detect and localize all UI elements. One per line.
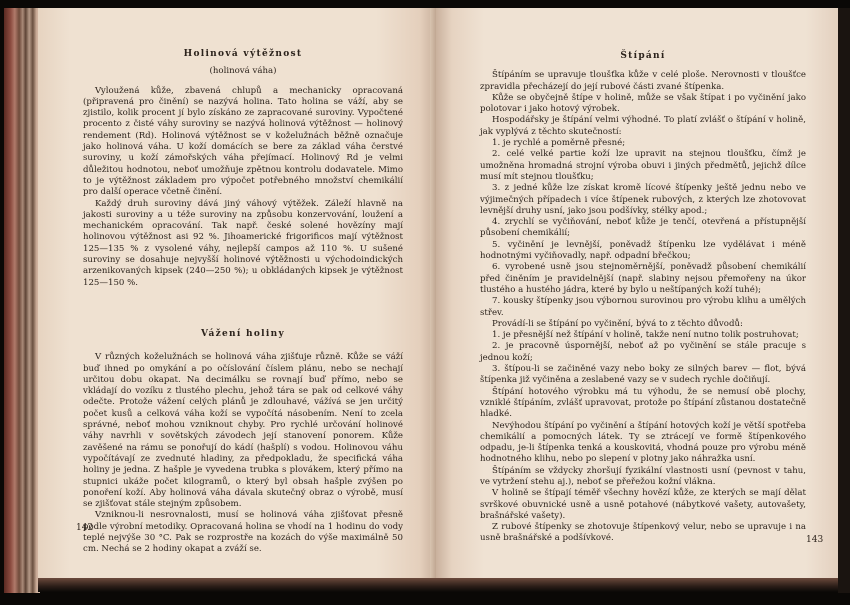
paragraph: V různých koželužnách se holinová váha z… [83,352,403,510]
right-page: Štípání Štípáním se upravuje tloušťka ků… [436,8,838,583]
right-page-content: Štípání Štípáním se upravuje tloušťka ků… [480,51,806,545]
list-item: 7. kousky štípenky jsou výbornou surovin… [480,296,806,319]
paragraph: Hospodářsky je štípání velmi výhodné. To… [480,115,806,138]
left-page: Holinová výtěžnost (holinová váha) Vylou… [38,8,436,583]
book-bottom-shadow [38,578,838,592]
section-title-vazeni-holiny: Vážení holiny [83,329,403,340]
paragraph: Každý druh suroviny dává jiný váhový výt… [83,199,403,289]
paragraph: Kůže se obyčejně štípe v holině, může se… [480,93,806,116]
section-title-holinova-vytoznost: Holinová výtěžnost [83,49,403,60]
page-number-right: 143 [806,535,823,545]
list-item: 1. je rychlé a poměrně přesné; [480,138,806,149]
list-item: 1. je přesnější než štípání v holině, ta… [480,330,806,341]
list-item: 4. zrychlí se vyčiňování, neboť kůže je … [480,217,806,240]
list-item: 2. je pracovně úspornější, neboť až po v… [480,341,806,364]
paragraph: Z rubové štípenky se zhotovuje štípenkov… [480,522,806,545]
paragraph: Nevýhodou štípání po vyčinění a štípání … [480,421,806,466]
paragraph: Vzniknou-li nesrovnalosti, musí se holin… [83,510,403,555]
list-item: 3. štípou-li se začiněné vazy nebo boky … [480,364,806,387]
book-page-edges [4,8,40,593]
paragraph: Štípáním se vždycky zhoršují fyzikální v… [480,466,806,489]
paragraph: Provádí-li se štípání po vyčinění, bývá … [480,319,806,330]
section-subtitle: (holinová váha) [83,66,403,77]
page-number-left: 142 [76,523,93,533]
left-page-content: Holinová výtěžnost (holinová váha) Vylou… [83,49,403,556]
paragraph: V holině se štípají téměř všechny hovězí… [480,488,806,522]
list-item: 5. vyčinění je levnější, poněvadž štípen… [480,240,806,263]
open-book: Holinová výtěžnost (holinová váha) Vylou… [0,0,850,605]
list-item: 6. vyrobené usně jsou stejnoměrnější, po… [480,262,806,296]
book-right-edge [838,8,850,593]
paragraph: Štípání hotového výrobku má tu výhodu, ž… [480,387,806,421]
section-title-stipani: Štípání [480,51,806,62]
paragraph: Vyloužená kůže, zbavená chlupů a mechani… [83,86,403,199]
paragraph: Štípáním se upravuje tloušťka kůže v cel… [480,70,806,93]
list-item: 2. celé velké partie koží lze upravit na… [480,149,806,183]
list-item: 3. z jedné kůže lze získat kromě lícové … [480,183,806,217]
